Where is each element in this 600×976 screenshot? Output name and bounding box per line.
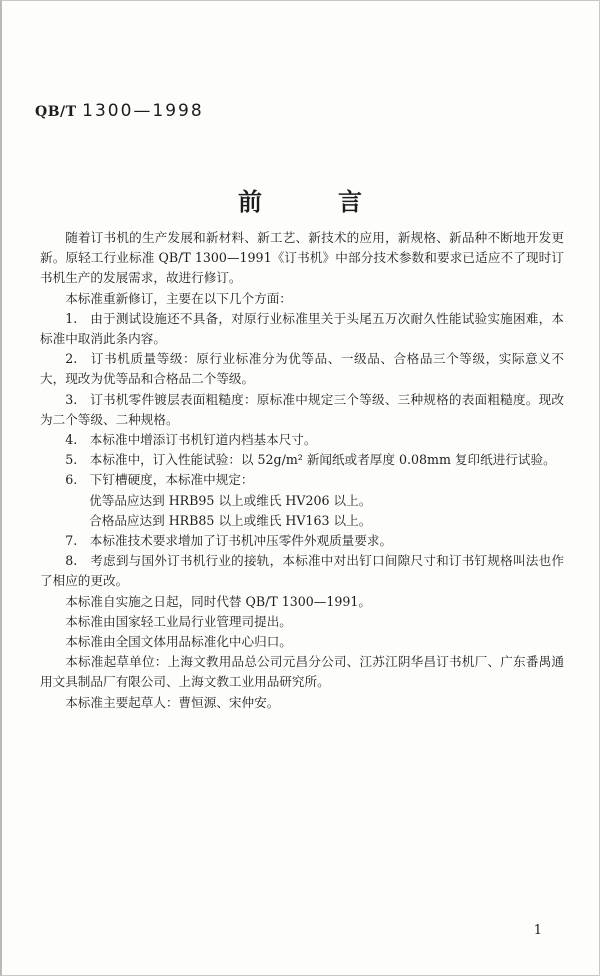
paragraph: 2. 订书机质量等级：原行业标准分为优等品、一级品、合格品三个等级，实际意义不大… bbox=[40, 349, 564, 389]
paragraph: 6. 下钉槽硬度，本标准中规定： bbox=[40, 470, 564, 490]
paragraph: 本标准主要起草人：曹恒源、宋仲安。 bbox=[40, 693, 564, 713]
standard-number-digits: 1300—1998 bbox=[82, 101, 204, 121]
page-number: 1 bbox=[534, 923, 542, 938]
paragraph: 优等品应达到 HRB95 以上或维氏 HV206 以上。 bbox=[40, 491, 564, 511]
foreword-body: 随着订书机的生产发展和新材料、新工艺、新技术的应用，新规格、新品种不断地开发更新… bbox=[40, 228, 564, 713]
paragraph: 8. 考虑到与国外订书机行业的接轨，本标准中对出钉口间隙尺寸和订书钉规格叫法也作… bbox=[40, 551, 564, 591]
document-page: QB/T 1300—1998 前 言 随着订书机的生产发展和新材料、新工艺、新技… bbox=[0, 0, 600, 976]
paragraph: 4. 本标准中增添订书机钉道内档基本尺寸。 bbox=[40, 430, 564, 450]
paragraph: 1. 由于测试设施还不具备，对原行业标准里关于头尾五万次耐久性能试验实施困难，本… bbox=[40, 309, 564, 349]
paragraph: 随着订书机的生产发展和新材料、新工艺、新技术的应用，新规格、新品种不断地开发更新… bbox=[40, 228, 564, 289]
paragraph: 合格品应达到 HRB85 以上或维氏 HV163 以上。 bbox=[40, 511, 564, 531]
paragraph: 3. 订书机零件镀层表面粗糙度：原标准中规定三个等级、三种规格的表面粗糙度。现改… bbox=[40, 390, 564, 430]
standard-number: QB/T 1300—1998 bbox=[35, 101, 204, 121]
paragraph: 本标准重新修订，主要在以下几个方面： bbox=[40, 289, 564, 309]
standard-number-prefix: QB/T bbox=[35, 104, 77, 120]
page-title: 前 言 bbox=[2, 182, 599, 217]
paragraph: 5. 本标准中，订入性能试验：以 52g/m² 新闻纸或者厚度 0.08mm 复… bbox=[40, 450, 564, 470]
paragraph: 7. 本标准技术要求增加了订书机冲压零件外观质量要求。 bbox=[40, 531, 564, 551]
paragraph: 本标准由国家轻工业局行业管理司提出。 bbox=[40, 612, 564, 632]
paragraph: 本标准由全国文体用品标准化中心归口。 bbox=[40, 632, 564, 652]
paragraph: 本标准自实施之日起，同时代替 QB/T 1300—1991。 bbox=[40, 592, 564, 612]
paragraph: 本标准起草单位：上海文教用品总公司元昌分公司、江苏江阴华昌订书机厂、广东番禺通用… bbox=[40, 652, 564, 692]
